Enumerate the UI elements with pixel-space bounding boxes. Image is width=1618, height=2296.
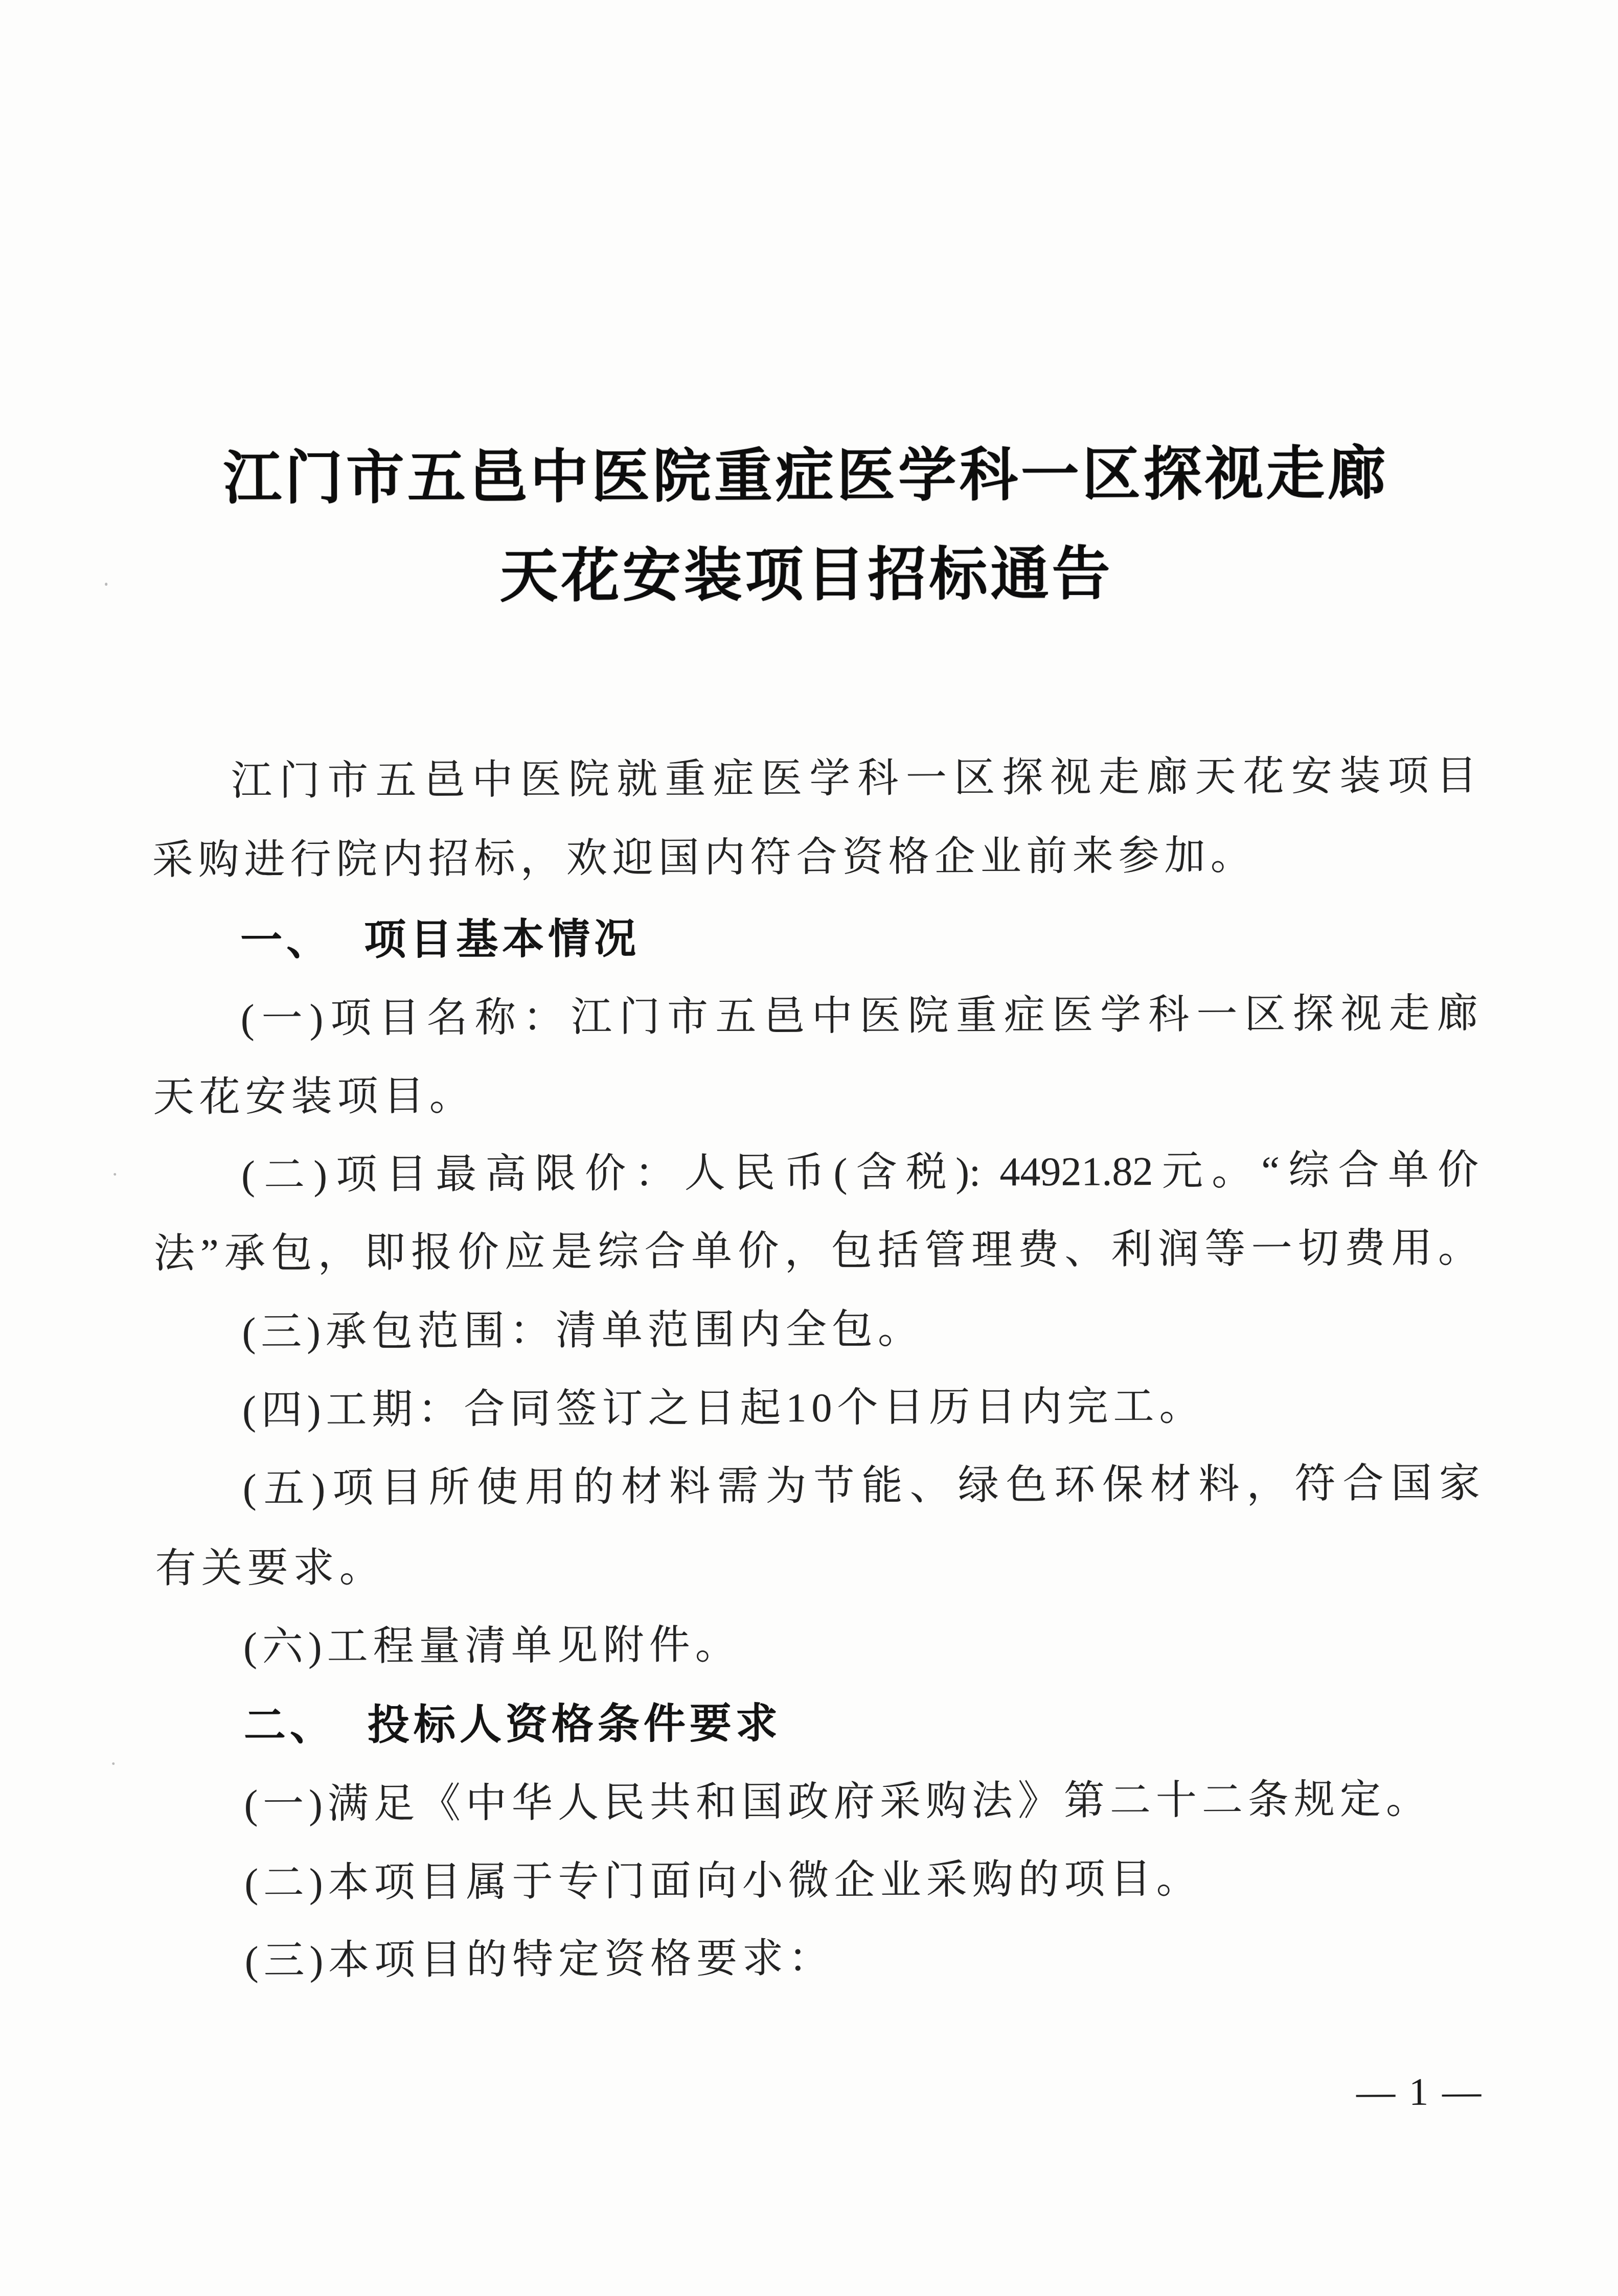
section-2-item-3: (三)本项目的特定资格要求： (245, 1930, 835, 1990)
section-1-item-2-line-2: 法”承包，即报价应是综合单价，包括管理费、利润等一切费用。 (154, 1220, 1479, 1282)
section-1-item-6: (六)工程量清单见附件。 (243, 1617, 741, 1676)
section-1-item-1-line-1: (一)项目名称：江门市五邑中医院重症医学科一区探视走廊 (241, 985, 1478, 1048)
scan-content: 江门市五邑中医院重症医学科一区探视走廊 天花安装项目招标通告 江门市五邑中医院就… (0, 0, 1618, 2296)
section-2-item-1: (一)满足《中华人民共和国政府采购法》第二十二条规定。 (244, 1771, 1432, 1833)
document-title-line-1: 江门市五邑中医院重症医学科一区探视走廊 (0, 432, 1615, 521)
section-1-item-5-line-2: 有关要求。 (155, 1540, 385, 1598)
section-1-item-3: (三)承包范围：清单范围内全包。 (242, 1301, 924, 1361)
section-2-number: 二、 (244, 1702, 336, 1749)
section-2-item-2: (二)本项目属于专门面向小微企业采购的项目。 (244, 1851, 1202, 1912)
scan-speck (105, 583, 107, 586)
section-1-item-5-line-1: (五)项目所使用的材料需为节能、绿色环保材料，符合国家 (243, 1455, 1480, 1518)
section-1-number: 一、 (240, 917, 332, 964)
section-1-heading: 一、项目基本情况 (240, 910, 641, 969)
intro-paragraph-line-1: 江门市五邑中医院就重症医学科一区探视走廊天花安装项目 (231, 747, 1477, 810)
section-2-heading: 二、投标人资格条件要求 (244, 1695, 782, 1755)
scan-speck (112, 1762, 115, 1765)
section-1-item-4: (四)工期：合同签订之日起10个日历日内完工。 (242, 1378, 1205, 1439)
scan-speck (113, 1173, 116, 1176)
intro-paragraph-line-2: 采购进行院内招标，欢迎国内符合资格企业前来参加。 (152, 827, 1256, 889)
section-2-title: 投标人资格条件要求 (368, 1695, 782, 1754)
document-page: 江门市五邑中医院重症医学科一区探视走廊 天花安装项目招标通告 江门市五邑中医院就… (0, 0, 1618, 2296)
section-1-item-2-line-1: (二)项目最高限价：人民币(含税): 44921.82元。“综合单价 (241, 1141, 1478, 1204)
document-title-line-2: 天花安装项目招标通告 (0, 531, 1615, 620)
section-1-title: 项目基本情况 (364, 910, 640, 969)
page-number: — 1 — (1356, 2066, 1483, 2118)
section-1-item-1-line-2: 天花安装项目。 (153, 1068, 475, 1127)
